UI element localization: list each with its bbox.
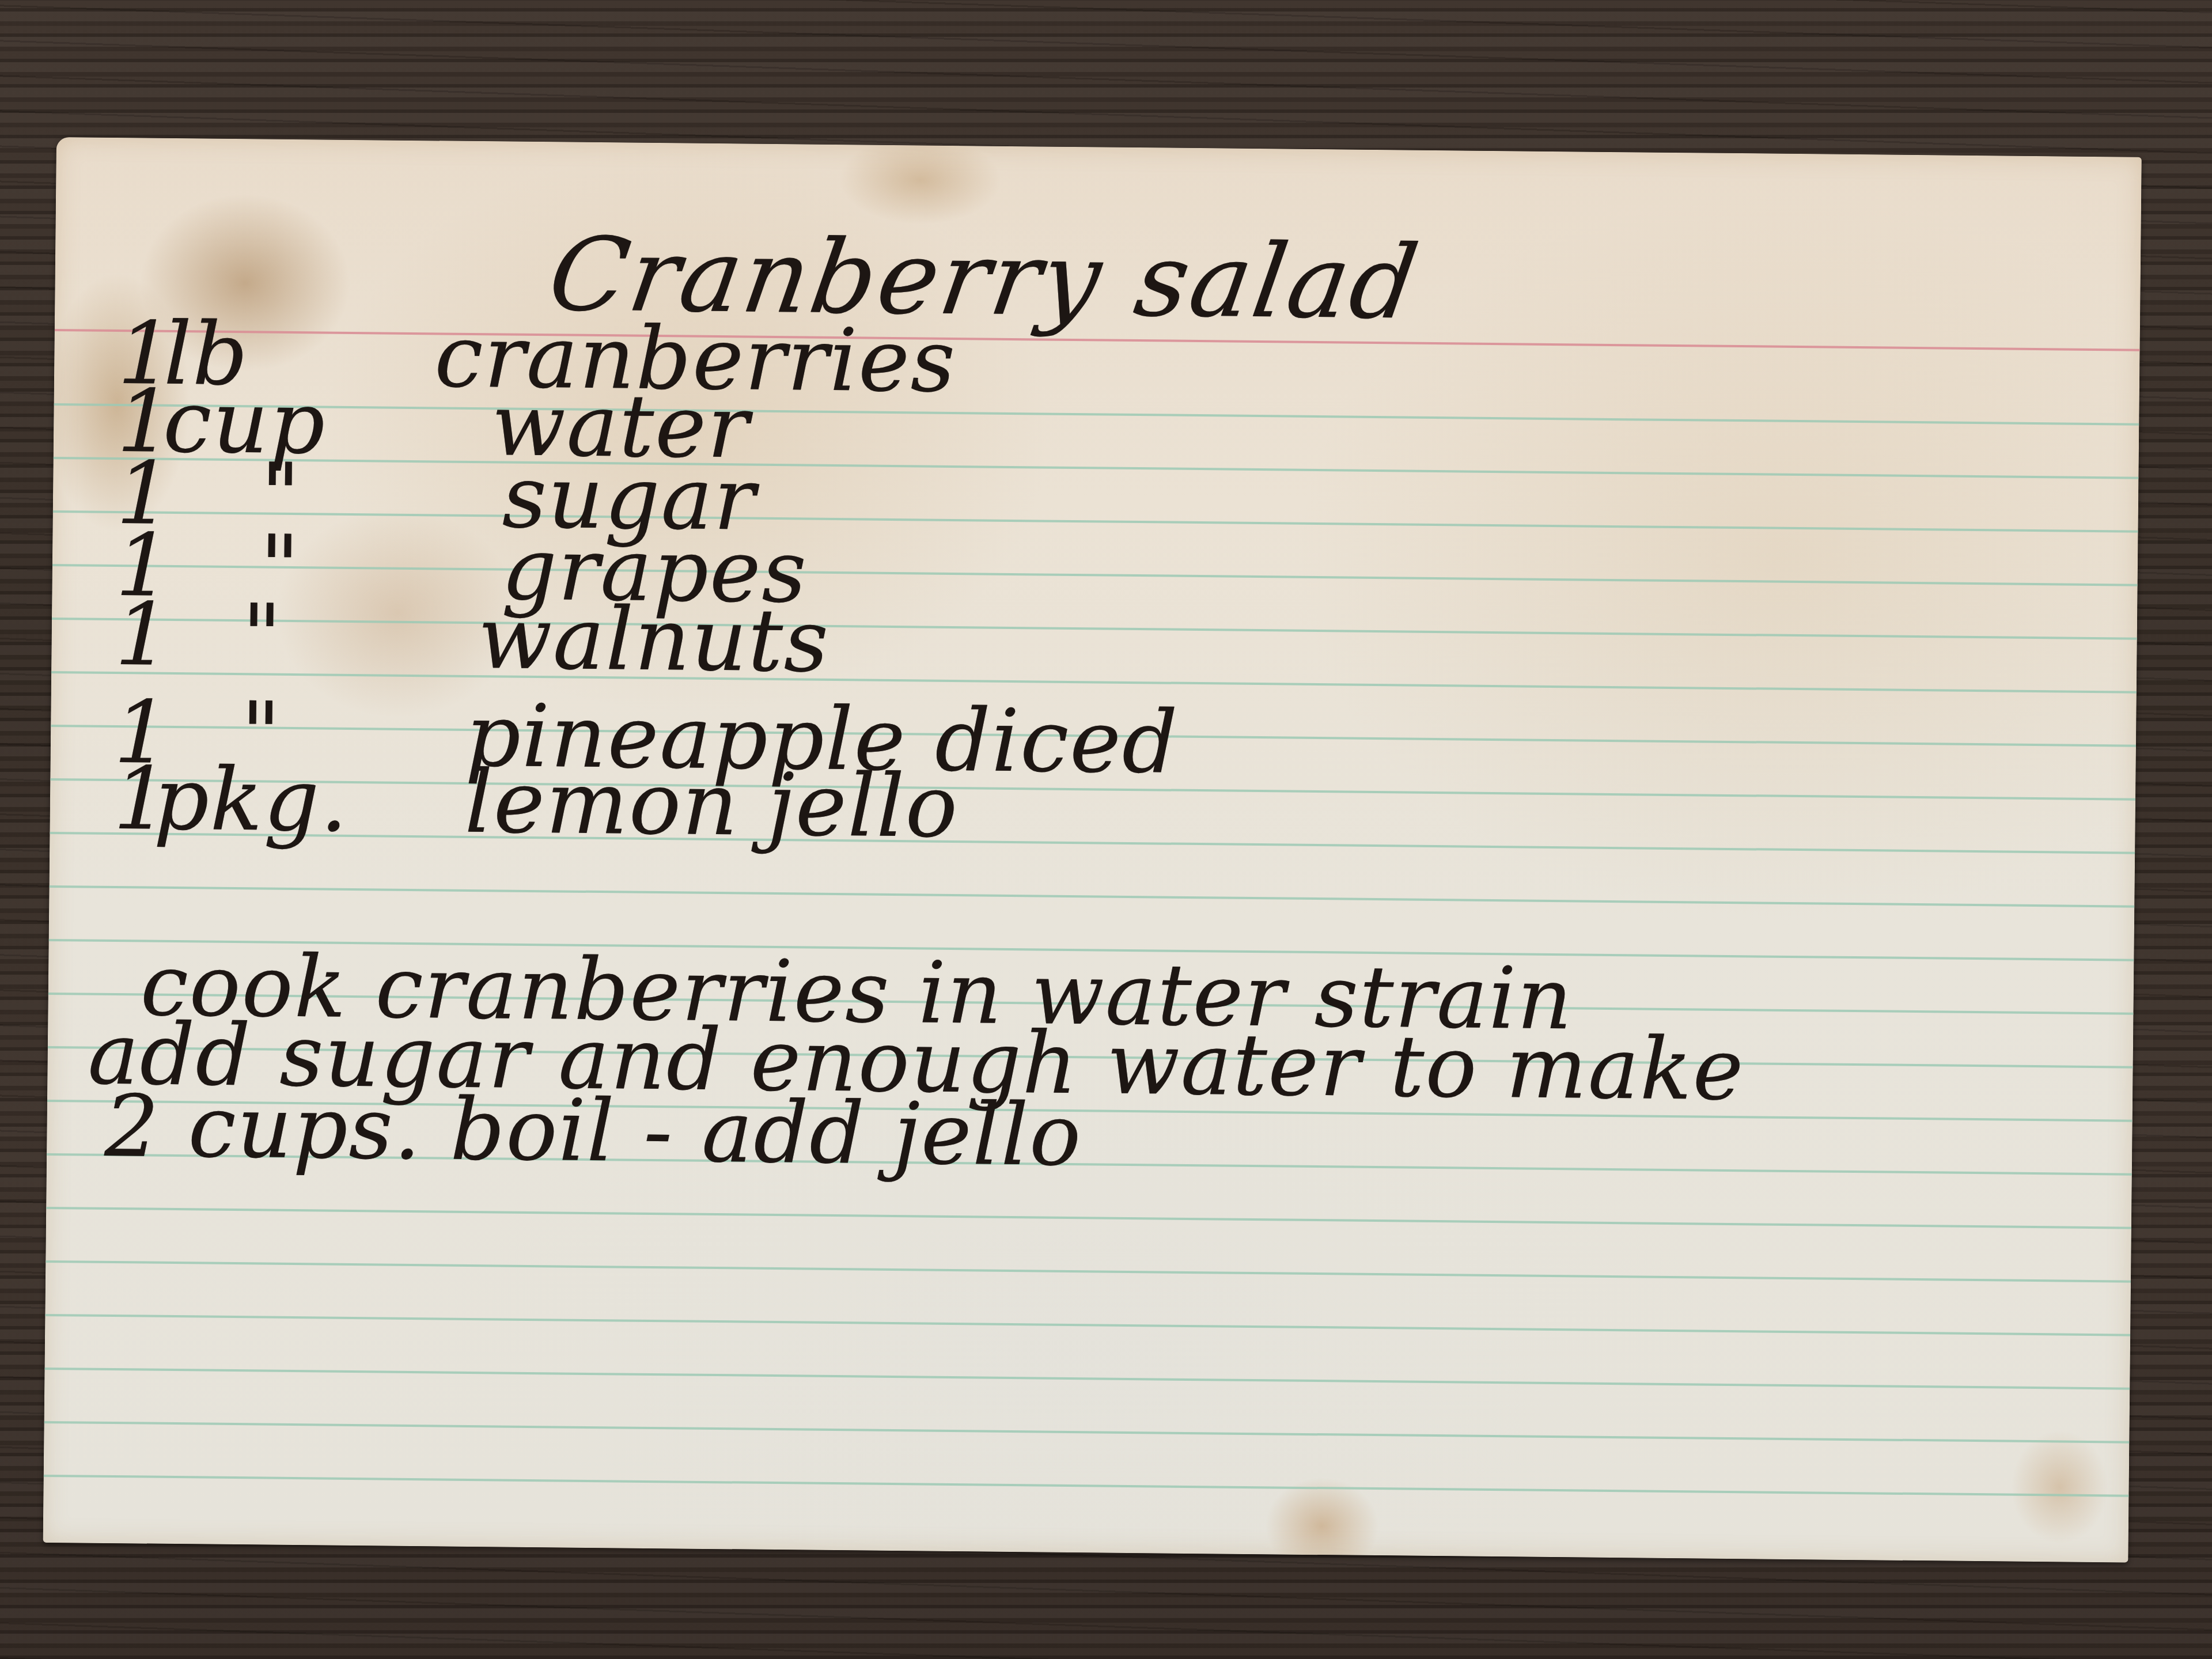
rule-line [45,1314,2130,1336]
ingredient-row: 1 pkg. lemon jello [50,762,1778,865]
instruction-line: 2 cups. boil - add jello [104,1077,1082,1185]
ingredient-row: 1 " walnuts [51,598,1780,701]
ingredient-qty: 1 [115,585,172,685]
ingredient-name: walnuts [478,588,830,692]
rule-line [44,1368,2130,1390]
rule-line [46,1207,2131,1229]
ingredient-list: 1 lb cranberries 1 cup water 1 " sugar 1… [56,137,2142,157]
ingredient-unit: " [241,586,283,687]
recipe-card: Cranberry salad 1 lb cranberries 1 cup w… [43,137,2142,1563]
rule-line [49,885,2134,908]
ingredient-name: lemon jello [464,752,959,857]
ingredient-unit: pkg. [153,749,349,851]
instructions: cook cranberries in water strain add sug… [56,137,2142,157]
rule-line [44,1421,2130,1444]
rule-line [44,1475,2129,1497]
rule-line [46,1260,2131,1283]
